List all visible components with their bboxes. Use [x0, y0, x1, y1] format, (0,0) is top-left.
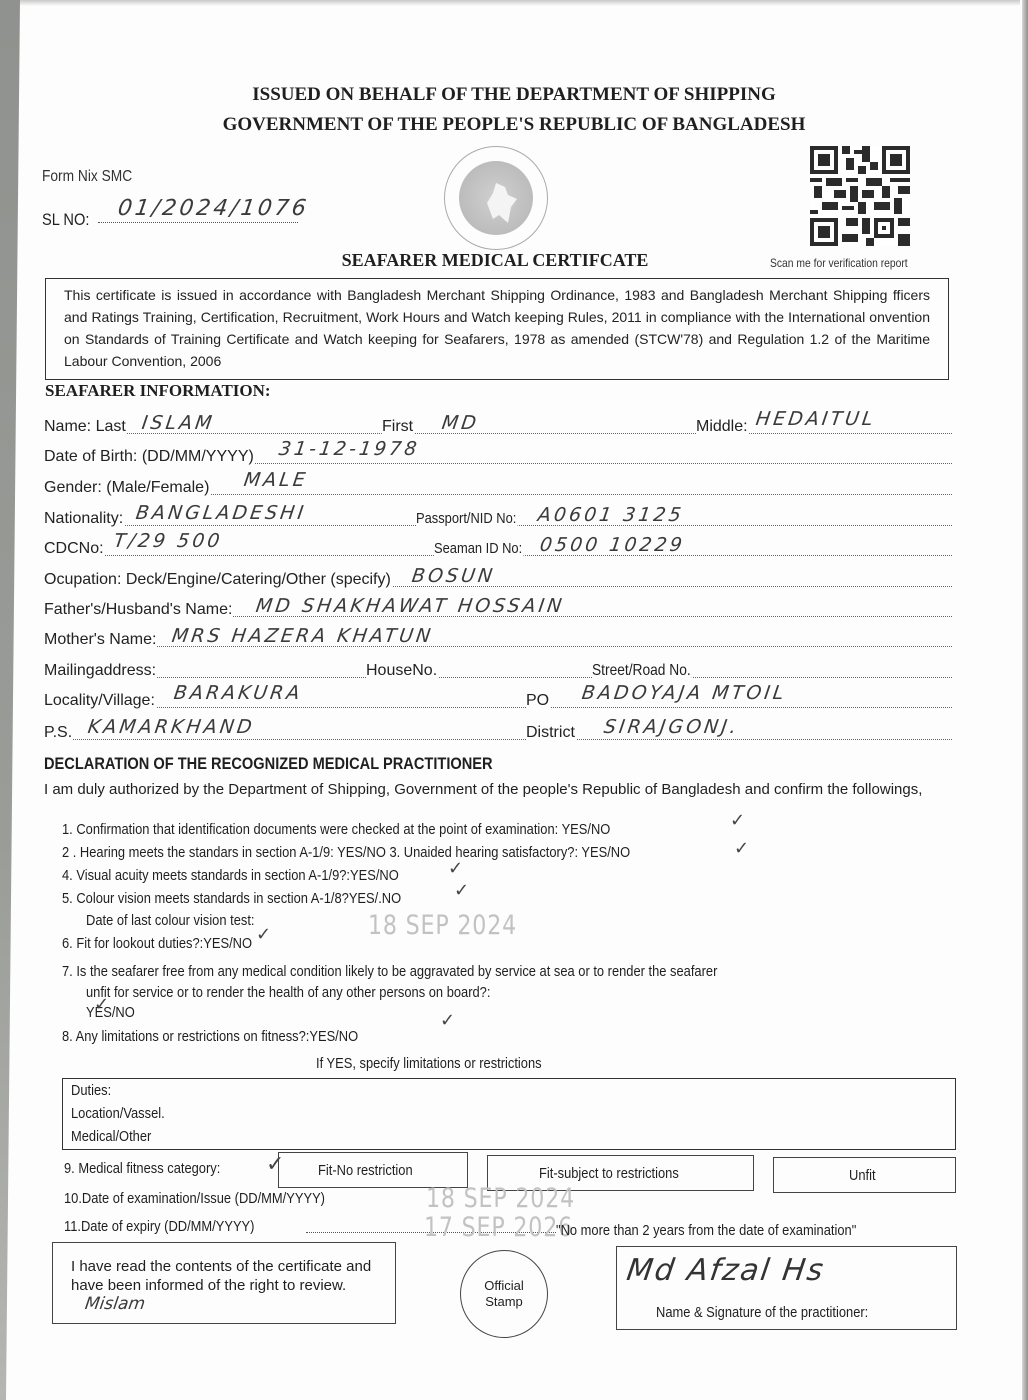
- nationality-value[interactable]: BANGLADESHI: [134, 502, 307, 524]
- seaman-id-value[interactable]: 0500 10229: [538, 534, 686, 556]
- house-no-label: HouseNo.: [366, 662, 438, 680]
- middle-name-label: Middle:: [696, 418, 749, 436]
- ps-value[interactable]: KAMARKHAND: [86, 716, 256, 738]
- locality-label: Locality/Village:: [44, 692, 156, 710]
- declaration-item-4: 4. Visual acuity meets standards in sect…: [62, 866, 399, 885]
- fitness-option-unfit[interactable]: Unfit: [773, 1157, 956, 1193]
- declaration-item-7: 7. Is the seafarer free from any medical…: [62, 962, 717, 981]
- cdc-row: CDCNo: T/29 500 Seaman ID No: 0500 10229: [44, 532, 952, 558]
- declaration-item-8: 8. Any limitations or restrictions on fi…: [62, 1027, 358, 1046]
- expiry-date-stamp: 17 SEP 2026: [424, 1212, 573, 1243]
- seafarer-info-title: SEAFARER INFORMATION:: [45, 381, 271, 401]
- certificate-title: SEAFARER MEDICAL CERTIFCATE: [0, 250, 990, 271]
- limitation-duties[interactable]: Duties:: [71, 1079, 824, 1102]
- declaration-item-1: 1. Confirmation that identification docu…: [62, 820, 610, 839]
- dob-row: Date of Birth: (DD/MM/YYYY) 31-12-1978: [44, 440, 952, 466]
- middle-name-value[interactable]: HEDAITUL: [754, 408, 877, 430]
- gender-value[interactable]: MALE: [242, 469, 309, 491]
- practitioner-signature: Md Afzal Hs: [625, 1253, 828, 1288]
- sl-no-value: 01/2024/1076: [116, 196, 310, 221]
- seaman-id-label: Seaman ID No:: [434, 540, 523, 558]
- occupation-value[interactable]: BOSUN: [410, 565, 496, 587]
- cdc-value[interactable]: T/29 500: [112, 530, 224, 552]
- occupation-label: Ocupation: Deck/Engine/Catering/Other (s…: [44, 571, 392, 589]
- exam-date-stamp: 18 SEP 2024: [426, 1183, 575, 1214]
- gender-label: Gender: (Male/Female): [44, 479, 210, 497]
- declaration-title: DECLARATION OF THE RECOGNIZED MEDICAL PR…: [44, 754, 493, 774]
- checkmark-icon: ✓: [94, 994, 109, 1015]
- father-name-label: Father's/Husband's Name:: [44, 601, 233, 619]
- locality-row: Locality/Village: BARAKURA PO BADOYAJA M…: [44, 684, 952, 710]
- issuer-line-1: ISSUED ON BEHALF OF THE DEPARTMENT OF SH…: [0, 84, 1028, 106]
- mailing-address-label: Mailingaddress:: [44, 662, 157, 680]
- mailing-row: Mailingaddress: HouseNo. Street/Road No.: [44, 654, 952, 680]
- mother-row: Mother's Name: MRS HAZERA KHATUN: [44, 623, 952, 649]
- dob-label: Date of Birth: (DD/MM/YYYY): [44, 448, 255, 466]
- limitations-box: Duties: Location/Vassel. Medical/Other: [62, 1078, 956, 1150]
- sl-no-dotted-line: [98, 222, 298, 223]
- limitation-medical-other[interactable]: Medical/Other: [71, 1125, 824, 1148]
- locality-value[interactable]: BARAKURA: [172, 682, 304, 704]
- ps-row: P.S. KAMARKHAND District SIRAJGONJ.: [44, 716, 952, 742]
- nationality-label: Nationality:: [44, 510, 124, 528]
- declaration-intro: I am duly authorized by the Department o…: [44, 780, 924, 799]
- occupation-row: Ocupation: Deck/Engine/Catering/Other (s…: [44, 563, 952, 589]
- mother-name-label: Mother's Name:: [44, 631, 157, 649]
- practitioner-caption: Name & Signature of the practitioner:: [656, 1304, 868, 1321]
- cdc-label: CDCNo:: [44, 540, 105, 558]
- expiry-date-label: 11.Date of expiry (DD/MM/YYYY): [64, 1218, 254, 1235]
- po-value[interactable]: BADOYAJA MTOIL: [580, 682, 788, 704]
- gender-row: Gender: (Male/Female) MALE: [44, 471, 952, 497]
- checkmark-icon: ✓: [454, 880, 469, 901]
- scan-edge-top: [20, 0, 1020, 6]
- limitations-caption: If YES, specify limitations or restricti…: [316, 1055, 542, 1072]
- checkmark-icon: ✓: [734, 838, 749, 859]
- declaration-item-6: 6. Fit for lookout duties?:YES/NO: [62, 934, 252, 953]
- exam-date-label: 10.Date of examination/Issue (DD/MM/YYYY…: [64, 1190, 325, 1207]
- passport-value[interactable]: A0601 3125: [536, 504, 685, 526]
- official-stamp-label: Official Stamp: [479, 1278, 529, 1310]
- scan-edge-right: [1022, 0, 1028, 1400]
- nationality-row: Nationality: BANGLADESHI Passport/NID No…: [44, 502, 952, 528]
- colour-vision-date-label: Date of last colour vision test:: [86, 911, 255, 930]
- expiry-note: "No more than 2 years from the date of e…: [556, 1222, 856, 1239]
- father-row: Father's/Husband's Name: MD SHAKHAWAT HO…: [44, 593, 952, 619]
- fitness-category-label: 9. Medical fitness category:: [64, 1160, 220, 1177]
- declaration-item-2-3: 2 . Hearing meets the standars in sectio…: [62, 843, 630, 862]
- father-name-value[interactable]: MD SHAKHAWAT HOSSAIN: [254, 595, 566, 617]
- first-name-value[interactable]: MD: [440, 412, 480, 434]
- colour-vision-date-stamp: 18 SEP 2024: [368, 910, 517, 941]
- form-number: Form Nix SMC: [42, 168, 132, 186]
- last-name-value[interactable]: ISLAM: [140, 412, 216, 434]
- legal-notice-box: This certificate is issued in accordance…: [45, 278, 949, 380]
- declaration-item-5: 5. Colour vision meets standards in sect…: [62, 889, 401, 908]
- issuer-line-2: GOVERNMENT OF THE PEOPLE'S REPUBLIC OF B…: [0, 114, 1028, 136]
- legal-notice-text: This certificate is issued in accordance…: [64, 284, 930, 372]
- acknowledgement-text: I have read the contents of the certific…: [71, 1258, 371, 1294]
- first-name-label: First: [382, 418, 414, 436]
- name-row: Name: Last ISLAM First MD Middle: HEDAIT…: [44, 410, 952, 436]
- checkmark-icon: ✓: [730, 810, 745, 831]
- official-stamp-circle: Official Stamp: [460, 1250, 548, 1338]
- scan-edge-left: [0, 0, 20, 1400]
- dob-value[interactable]: 31-12-1978: [277, 438, 421, 460]
- ps-label: P.S.: [44, 724, 73, 742]
- checkmark-icon: ✓: [448, 858, 463, 879]
- government-emblem-icon: [444, 146, 548, 250]
- street-road-label: Street/Road No.: [592, 662, 692, 680]
- sl-no-label: SL NO:: [42, 210, 89, 230]
- acknowledgement-box: I have read the contents of the certific…: [52, 1242, 396, 1324]
- checkmark-icon: ✓: [256, 924, 271, 945]
- mother-name-value[interactable]: MRS HAZERA KHATUN: [170, 625, 434, 647]
- district-label: District: [526, 724, 576, 742]
- qr-code-icon[interactable]: [810, 146, 910, 246]
- limitation-location-vessel[interactable]: Location/Vassel.: [71, 1102, 824, 1125]
- checkmark-icon: ✓: [440, 1010, 455, 1031]
- seafarer-signature: Mislam: [84, 1295, 147, 1314]
- last-name-label: Name: Last: [44, 418, 127, 436]
- declaration-item-7-cont: unfit for service or to render the healt…: [86, 983, 490, 1002]
- po-label: PO: [526, 692, 550, 710]
- district-value[interactable]: SIRAJGONJ.: [602, 716, 740, 738]
- passport-label: Passport/NID No:: [416, 510, 517, 528]
